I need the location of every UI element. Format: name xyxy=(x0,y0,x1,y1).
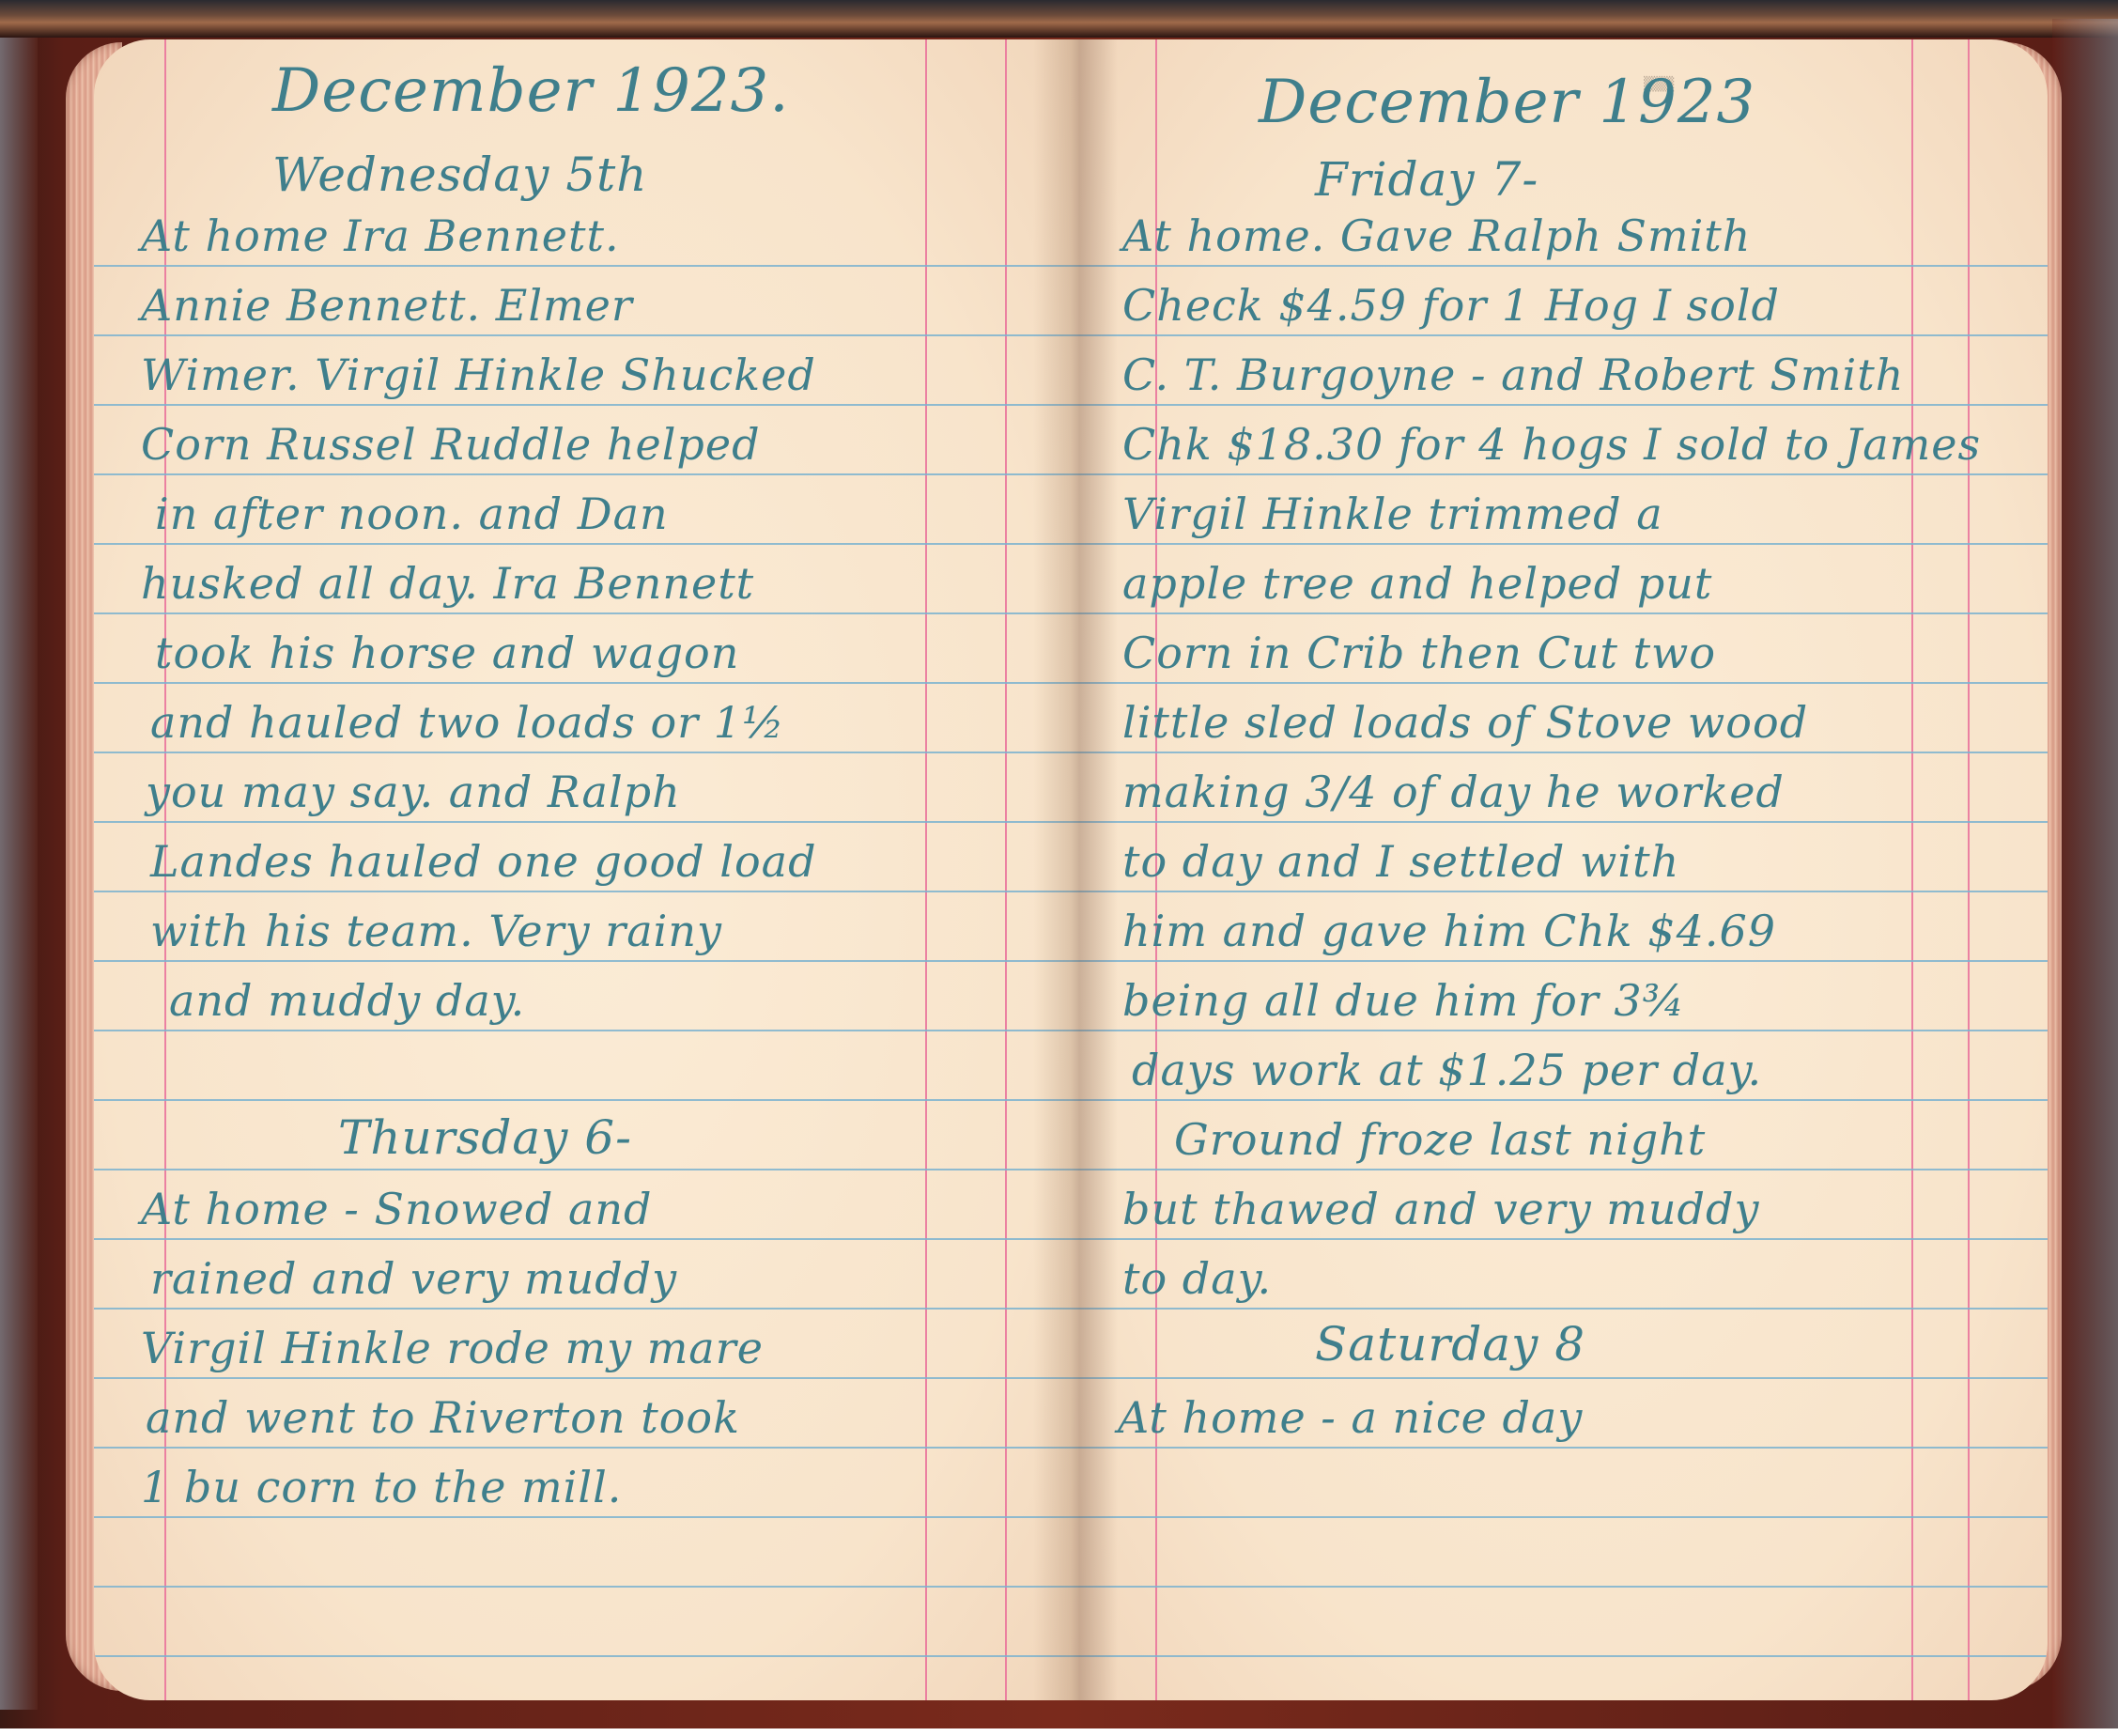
ruled-line xyxy=(94,404,1071,406)
month-header: December 1923. xyxy=(272,56,790,126)
ruled-line xyxy=(1071,752,2048,753)
cover-top-edge xyxy=(0,0,2118,38)
ruled-line xyxy=(94,1377,1071,1379)
diary-line: Virgil Hinkle trimmed a xyxy=(1122,488,1663,539)
diary-line: Virgil Hinkle rode my mare xyxy=(141,1323,764,1373)
diary-line: but thawed and very muddy xyxy=(1122,1184,1759,1234)
ruled-line xyxy=(1071,891,2048,892)
diary-line: husked all day. Ira Bennett xyxy=(141,558,754,609)
ruled-line xyxy=(1071,334,2048,336)
ruled-line xyxy=(1071,473,2048,475)
day-heading: Wednesday 5th xyxy=(272,147,647,202)
ruled-line xyxy=(94,821,1071,823)
ruled-line xyxy=(94,543,1071,545)
diary-line: days work at $1.25 per day. xyxy=(1132,1045,1762,1095)
diary-line: Ground froze last night xyxy=(1174,1114,1706,1165)
cover-right-edge xyxy=(2052,19,2118,1728)
diary-line: At home Ira Bennett. xyxy=(141,210,620,261)
ruled-line xyxy=(94,612,1071,614)
ruled-line xyxy=(94,1099,1071,1101)
ruled-line xyxy=(94,960,1071,962)
diary-line: Check $4.59 for 1 Hog I sold xyxy=(1122,280,1780,331)
ruled-line xyxy=(1071,1169,2048,1170)
ruled-line xyxy=(1071,1516,2048,1518)
diary-line: and went to Riverton took xyxy=(146,1392,740,1443)
day-heading: Saturday 8 xyxy=(1315,1317,1585,1372)
diary-line: At home - a nice day xyxy=(1118,1392,1583,1443)
diary-line: At home. Gave Ralph Smith xyxy=(1122,210,1751,261)
ruled-line xyxy=(94,265,1071,267)
ruled-line xyxy=(94,1586,1071,1588)
ruled-line xyxy=(1071,1030,2048,1031)
ruled-line xyxy=(94,1238,1071,1240)
diary-line: At home - Snowed and xyxy=(141,1184,652,1234)
ruled-line xyxy=(94,1516,1071,1518)
ruled-line xyxy=(1071,1586,2048,1588)
scanned-diary-spread: December 1923. Wednesday 5th At home Ira… xyxy=(0,0,2118,1728)
ruled-line xyxy=(1071,1238,2048,1240)
margin-line xyxy=(1911,39,1913,1700)
ruled-line xyxy=(94,1655,1071,1657)
diary-line: apple tree and helped put xyxy=(1122,558,1712,609)
diary-line: Corn in Crib then Cut two xyxy=(1122,628,1716,678)
diary-line: and muddy day. xyxy=(169,975,525,1026)
ruled-line xyxy=(94,752,1071,753)
ruled-line xyxy=(1071,960,2048,962)
ruled-line xyxy=(94,1308,1071,1310)
diary-line: Landes hauled one good load xyxy=(150,836,817,887)
ruled-line xyxy=(94,1030,1071,1031)
ruled-line xyxy=(94,334,1071,336)
diary-line: him and gave him Chk $4.69 xyxy=(1122,906,1776,956)
margin-line xyxy=(1968,39,1970,1700)
right-page: ▒▒▒ December 1923 Friday 7- At home. Gav… xyxy=(1071,39,2048,1700)
diary-line: little sled loads of Stove wood xyxy=(1122,697,1808,748)
ruled-line xyxy=(1071,821,2048,823)
diary-line: and hauled two loads or 1½ xyxy=(150,697,785,748)
ruled-line xyxy=(94,1447,1071,1449)
month-header: December 1923 xyxy=(1259,68,1755,137)
diary-line: Annie Bennett. Elmer xyxy=(141,280,633,331)
ruled-line xyxy=(1071,1099,2048,1101)
ruled-line xyxy=(1071,682,2048,684)
ruled-line xyxy=(1071,1308,2048,1310)
diary-line: making 3/4 of day he worked xyxy=(1122,767,1785,817)
diary-line: you may say. and Ralph xyxy=(146,767,681,817)
ruled-line xyxy=(94,1169,1071,1170)
ruled-line xyxy=(1071,1447,2048,1449)
diary-line: Corn Russel Ruddle helped xyxy=(141,419,761,470)
ruled-line xyxy=(94,473,1071,475)
ruled-line xyxy=(94,891,1071,892)
margin-line xyxy=(925,39,927,1700)
left-page: December 1923. Wednesday 5th At home Ira… xyxy=(94,39,1071,1700)
day-heading: Thursday 6- xyxy=(338,1110,632,1165)
diary-line: in after noon. and Dan xyxy=(155,488,669,539)
diary-line: Wimer. Virgil Hinkle Shucked xyxy=(141,349,816,400)
ruled-line xyxy=(1071,1377,2048,1379)
diary-line: to day. xyxy=(1122,1253,1272,1304)
diary-line: 1 bu corn to the mill. xyxy=(141,1462,622,1512)
diary-line: to day and I settled with xyxy=(1122,836,1679,887)
ruled-line xyxy=(1071,612,2048,614)
ruled-line xyxy=(1071,543,2048,545)
diary-line: rained and very muddy xyxy=(150,1253,677,1304)
diary-line: with his team. Very rainy xyxy=(150,906,722,956)
ruled-line xyxy=(1071,1655,2048,1657)
diary-line: C. T. Burgoyne - and Robert Smith xyxy=(1122,349,1904,400)
diary-line: Chk $18.30 for 4 hogs I sold to James xyxy=(1122,419,1981,470)
diary-line: took his horse and wagon xyxy=(155,628,739,678)
day-heading: Friday 7- xyxy=(1315,152,1538,207)
ruled-line xyxy=(1071,404,2048,406)
ruled-line xyxy=(1071,265,2048,267)
ruled-line xyxy=(94,682,1071,684)
cover-left-edge xyxy=(0,38,38,1710)
margin-line xyxy=(1005,39,1007,1700)
diary-line: being all due him for 3¾ xyxy=(1122,975,1685,1026)
